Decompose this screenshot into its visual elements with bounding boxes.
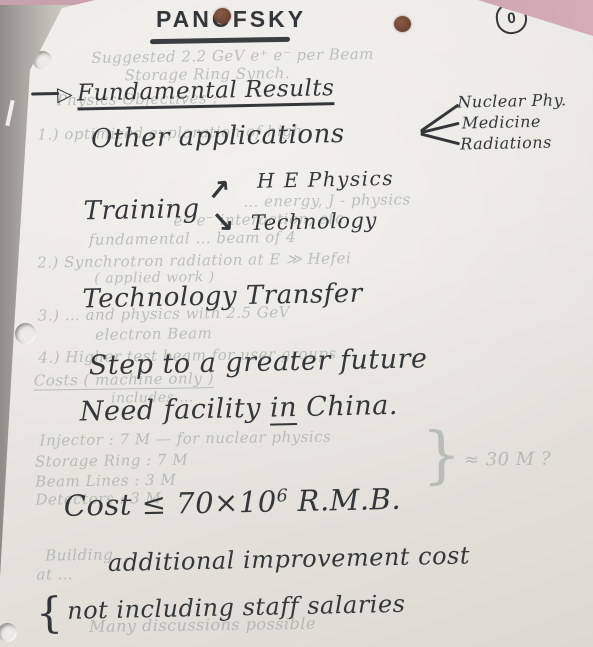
punch-hole [15,323,36,344]
arrow-down-right-icon: ↘ [210,205,235,239]
line-training: Training [83,194,200,226]
facility-emphasis-in: in [270,392,298,426]
binder-hole-dot [214,8,231,24]
arrow-head-icon: ▷ [57,82,73,106]
line-exclusion: {not including staff salaries [35,581,406,638]
line-step-to-future: Step to a greater future [89,343,428,381]
photo-of-handwritten-notes: Suggested 2.2 GeV e⁺ e⁻ per Beam Storage… [0,0,593,647]
arrow-right-icon [31,91,59,95]
branch-radiations: Radiations [460,133,552,154]
branch-technology: Technology [251,208,377,235]
line-technology-transfer: Technology Transfer [82,279,363,315]
curly-brace-icon: { [35,588,63,638]
facility-text: China. [297,390,398,423]
cost-currency: R.M.B. [287,482,401,518]
paper-sliver [5,100,14,126]
branch-nuclear-phy: Nuclear Phy. [457,90,567,111]
cost-exponent: 6 [276,486,287,506]
branch-medicine: Medicine [462,112,541,133]
cost-expression: Cost ≤ 70×10 [63,484,277,522]
line-cost: Cost ≤ 70×106 R.M.B. [63,482,401,523]
line-need-facility: Need facility in China. [79,390,398,428]
ink-text-layer: ▷ Fundamental Results Other applications… [0,0,593,647]
arrow-up-right-icon: ↗ [206,173,232,208]
bullet-arrow-and-heading: ▷ [31,81,73,108]
line-other-applications: Other applications [91,119,345,154]
heading-fundamental-results: Fundamental Results [77,75,335,110]
page-title: PANOFSKY [156,6,306,33]
line-additional-cost: additional improvement cost [108,541,471,577]
exclusion-text: not including staff salaries [67,590,406,625]
notebook-page: Suggested 2.2 GeV e⁺ e⁻ per Beam Storage… [0,0,593,647]
branch-he-physics: H E Physics [257,166,395,193]
facility-text: Need facility [79,393,270,428]
binder-hole-dot [394,16,411,32]
branch-fan-icon [419,100,460,153]
